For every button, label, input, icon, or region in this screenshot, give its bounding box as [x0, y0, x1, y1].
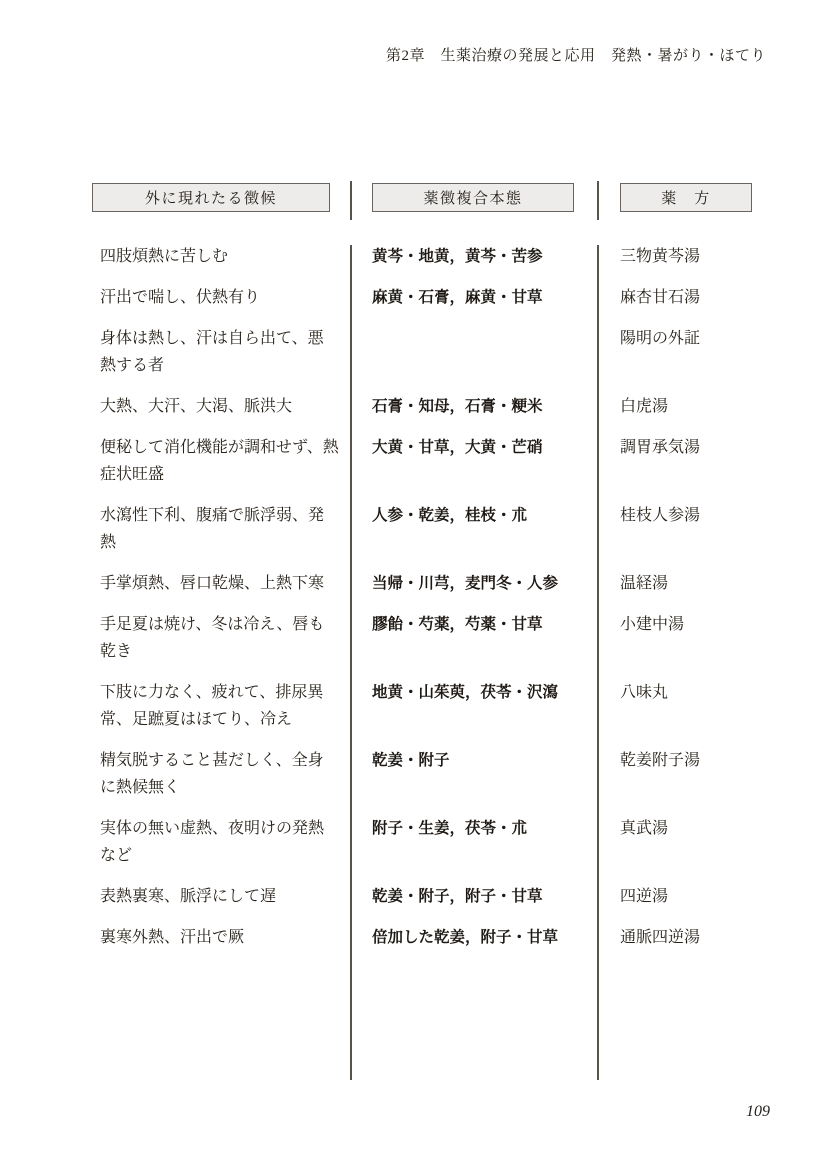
sign-cell: 裏寒外熱、汗出で厥	[92, 924, 351, 951]
sign-cell: 便秘して消化機能が調和せず、熱症状旺盛	[92, 434, 351, 488]
formula-cell: 通脈四逆湯	[598, 924, 770, 951]
sign-cell: 水瀉性下利、腹痛で脈浮弱、発熱	[92, 502, 351, 556]
drug-pair-cell: 石膏・知母，石膏・粳米	[351, 393, 598, 420]
formula-cell: 白虎湯	[598, 393, 770, 420]
formula-cell: 温経湯	[598, 570, 770, 597]
sign-cell: 汗出で喘し、伏熱有り	[92, 284, 351, 311]
column-header-essence: 薬徴複合本態	[372, 183, 574, 212]
page-number: 109	[746, 1103, 770, 1121]
column-header-signs: 外に現れたる徴候	[92, 183, 330, 212]
sign-cell: 精気脱すること甚だしく、全身に熱候無く	[92, 747, 351, 801]
column-header-formula: 薬 方	[620, 183, 752, 212]
table-row: 身体は熱し、汗は自ら出て、悪熱する者陽明の外証	[92, 325, 770, 379]
chapter-running-head: 第2章 生薬治療の発展と応用 発熱・暑がり・ほてり	[386, 44, 766, 65]
drug-pair-cell: 人参・乾姜，桂枝・朮	[351, 502, 598, 556]
table-row: 実体の無い虚熱、夜明けの発熱など附子・生姜，茯苓・朮真武湯	[92, 815, 770, 869]
column-header-formula-label: 薬 方	[661, 187, 711, 208]
formula-cell: 四逆湯	[598, 883, 770, 910]
drug-pair-cell: 膠飴・芍薬，芍薬・甘草	[351, 611, 598, 665]
sign-cell: 手掌煩熱、唇口乾燥、上熱下寒	[92, 570, 351, 597]
sign-cell: 手足夏は焼け、冬は冷え、唇も乾き	[92, 611, 351, 665]
formula-cell: 乾姜附子湯	[598, 747, 770, 801]
table-row: 便秘して消化機能が調和せず、熱症状旺盛大黄・甘草，大黄・芒硝調胃承気湯	[92, 434, 770, 488]
table-row: 水瀉性下利、腹痛で脈浮弱、発熱人参・乾姜，桂枝・朮桂枝人参湯	[92, 502, 770, 556]
drug-pair-cell: 黄芩・地黄，黄芩・苦参	[351, 243, 598, 270]
drug-pair-cell: 乾姜・附子	[351, 747, 598, 801]
table-row: 精気脱すること甚だしく、全身に熱候無く乾姜・附子乾姜附子湯	[92, 747, 770, 801]
table-row: 汗出で喘し、伏熱有り麻黄・石膏，麻黄・甘草麻杏甘石湯	[92, 284, 770, 311]
column-header-signs-label: 外に現れたる徴候	[145, 187, 277, 208]
formula-cell: 三物黄芩湯	[598, 243, 770, 270]
formula-cell: 真武湯	[598, 815, 770, 869]
drug-pair-cell: 麻黄・石膏，麻黄・甘草	[351, 284, 598, 311]
column-header-essence-label: 薬徴複合本態	[423, 187, 522, 208]
formula-cell: 調胃承気湯	[598, 434, 770, 488]
formula-cell: 麻杏甘石湯	[598, 284, 770, 311]
drug-pair-cell: 地黄・山茱萸，茯苓・沢瀉	[351, 679, 598, 733]
table-row: 手足夏は焼け、冬は冷え、唇も乾き膠飴・芍薬，芍薬・甘草小建中湯	[92, 611, 770, 665]
table-row: 大熱、大汗、大渇、脈洪大石膏・知母，石膏・粳米白虎湯	[92, 393, 770, 420]
sign-cell: 下肢に力なく、疲れて、排尿異常、足蹠夏はほてり、冷え	[92, 679, 351, 733]
formula-cell: 八味丸	[598, 679, 770, 733]
table-row: 表熱裏寒、脈浮にして遅乾姜・附子，附子・甘草四逆湯	[92, 883, 770, 910]
sign-cell: 表熱裏寒、脈浮にして遅	[92, 883, 351, 910]
sign-cell: 実体の無い虚熱、夜明けの発熱など	[92, 815, 351, 869]
sign-cell: 大熱、大汗、大渇、脈洪大	[92, 393, 351, 420]
table-row: 手掌煩熱、唇口乾燥、上熱下寒当帰・川芎，麦門冬・人参温経湯	[92, 570, 770, 597]
drug-pair-cell: 附子・生姜，茯苓・朮	[351, 815, 598, 869]
table-row: 下肢に力なく、疲れて、排尿異常、足蹠夏はほてり、冷え地黄・山茱萸，茯苓・沢瀉八味…	[92, 679, 770, 733]
sign-cell: 四肢煩熱に苦しむ	[92, 243, 351, 270]
table-body: 四肢煩熱に苦しむ黄芩・地黄，黄芩・苦参三物黄芩湯汗出で喘し、伏熱有り麻黄・石膏，…	[92, 243, 770, 965]
drug-pair-cell: 大黄・甘草，大黄・芒硝	[351, 434, 598, 488]
table-row: 四肢煩熱に苦しむ黄芩・地黄，黄芩・苦参三物黄芩湯	[92, 243, 770, 270]
drug-pair-cell	[351, 325, 598, 379]
formula-cell: 陽明の外証	[598, 325, 770, 379]
formula-cell: 小建中湯	[598, 611, 770, 665]
column-divider-header-right	[597, 181, 599, 220]
formula-cell: 桂枝人参湯	[598, 502, 770, 556]
table-row: 裏寒外熱、汗出で厥倍加した乾姜，附子・甘草通脈四逆湯	[92, 924, 770, 951]
drug-pair-cell: 倍加した乾姜，附子・甘草	[351, 924, 598, 951]
drug-pair-cell: 乾姜・附子，附子・甘草	[351, 883, 598, 910]
column-divider-header-left	[350, 181, 352, 220]
book-page: { "page": { "header": "第2章 生薬治療の発展と応用 発熱…	[0, 0, 830, 1172]
sign-cell: 身体は熱し、汗は自ら出て、悪熱する者	[92, 325, 351, 379]
drug-pair-cell: 当帰・川芎，麦門冬・人参	[351, 570, 598, 597]
